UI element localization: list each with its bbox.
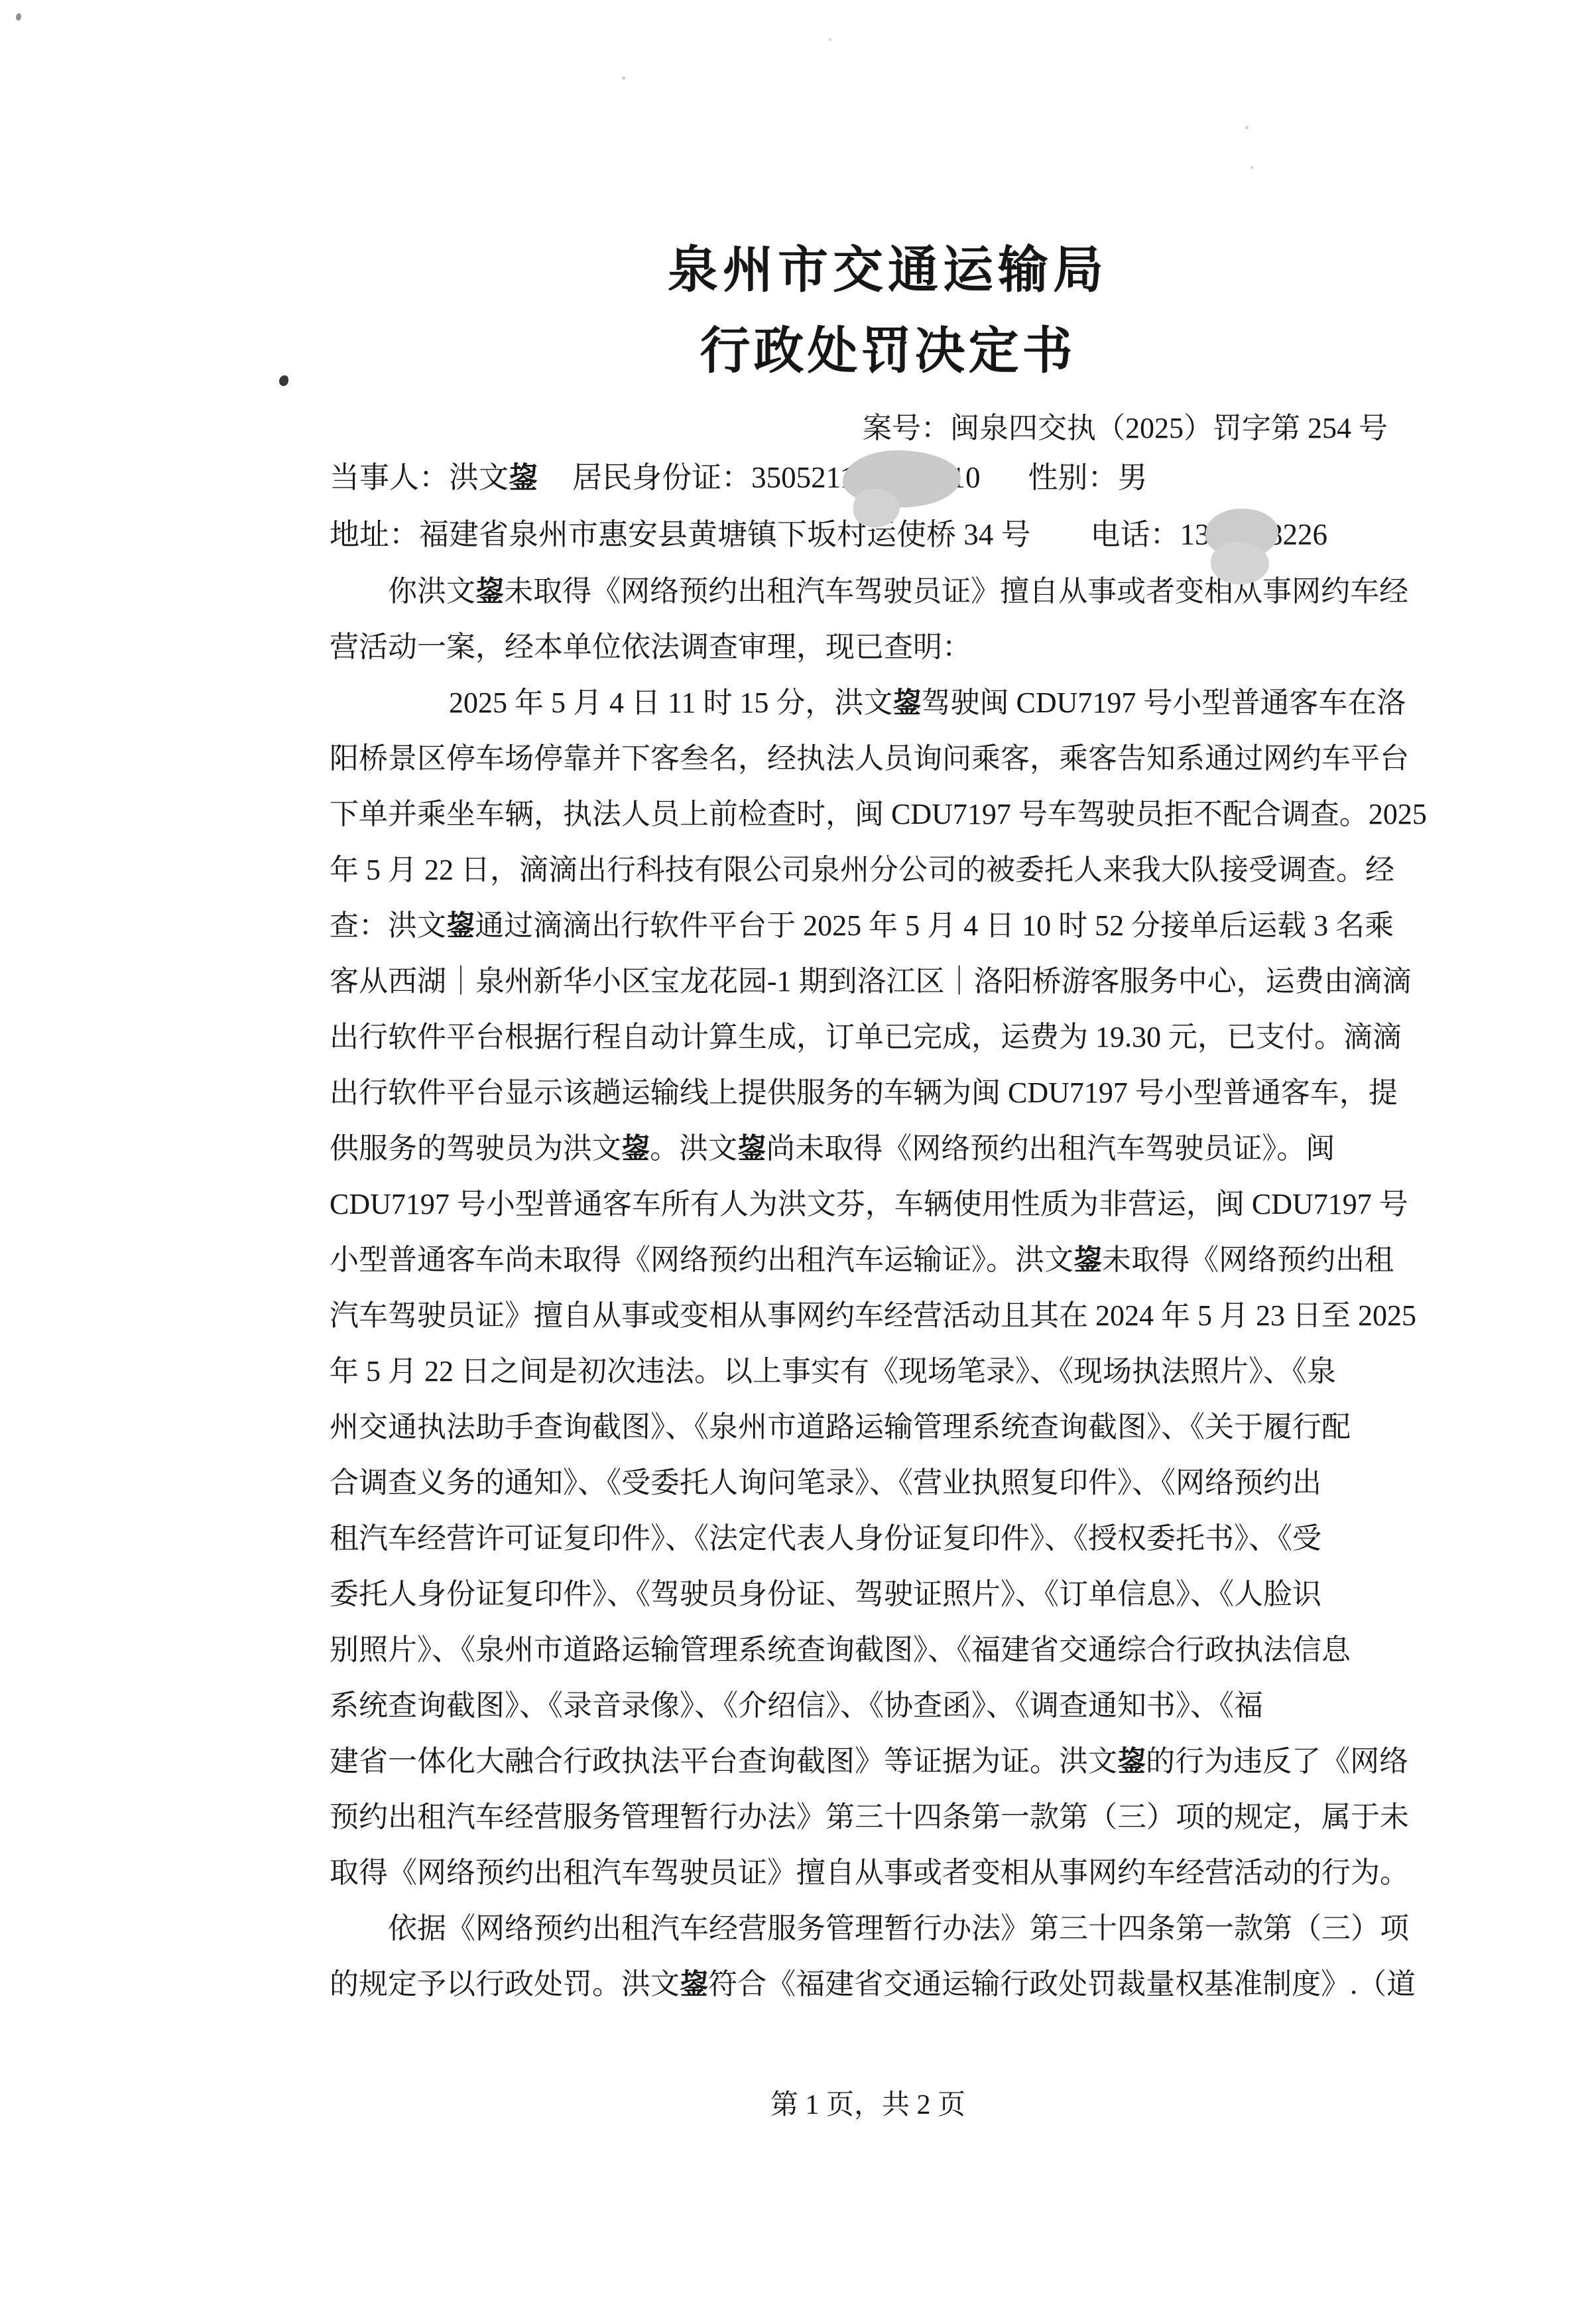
body-line: 汽车驾驶员证》擅自从事或变相从事网约车经营活动且其在 2024 年 5 月 23…	[330, 1288, 1427, 1344]
bold-name-char: 鋆	[737, 1132, 766, 1165]
body-line: 出行软件平台显示该趟运输线上提供服务的车辆为闽 CDU7197 号小型普通客车，…	[330, 1065, 1427, 1121]
body-line: 营活动一案，经本单位依法调查审理，现已查明：	[330, 619, 1427, 675]
bold-name-char: 鋆	[621, 1132, 650, 1165]
party-info-line: 当事人：洪文鋆居民身份证：3505211010性别：男	[330, 462, 1148, 499]
scan-artifact	[622, 76, 625, 80]
party-name: 洪文	[449, 461, 509, 494]
party-name-bold-char: 鋆	[509, 461, 538, 495]
body-line: 的规定予以行政处罚。洪文鋆符合《福建省交通运输行政处罚裁量权基准制度》.（道	[330, 1957, 1427, 2012]
phone-redaction-blob	[1220, 519, 1264, 556]
body-line: CDU7197 号小型普通客车所有人为洪文芬，车辆使用性质为非营运，闽 CDU7…	[330, 1177, 1427, 1232]
body-line: 年 5 月 22 日之间是初次违法。以上事实有《现场笔录》、《现场执法照片》、《…	[330, 1344, 1427, 1399]
bold-name-char: 鋆	[680, 1968, 708, 2001]
phone-label: 电话：	[1091, 518, 1180, 551]
body-line: 下单并乘坐车辆，执法人员上前检查时，闽 CDU7197 号车驾驶员拒不配合调查。…	[330, 787, 1427, 842]
body-line: 供服务的驾驶员为洪文鋆。洪文鋆尚未取得《网络预约出租汽车驾驶员证》。闽	[330, 1121, 1427, 1177]
address-value: 福建省泉州市惠安县黄塘镇下坂村运使桥 34 号	[419, 518, 1031, 551]
gender-value: 男	[1118, 461, 1148, 494]
bold-name-char: 鋆	[1117, 1745, 1146, 1778]
scan-artifact	[1245, 126, 1249, 129]
bold-name-char: 鋆	[892, 686, 921, 720]
body-line: 年 5 月 22 日，滴滴出行科技有限公司泉州分公司的被委托人来我大队接受调查。…	[330, 842, 1427, 898]
body-line: 委托人身份证复印件》、《驾驶员身份证、驾驶证照片》、《订单信息》、《人脸识	[330, 1567, 1427, 1622]
bold-name-char: 鋆	[475, 575, 504, 608]
scan-artifact	[1251, 166, 1253, 169]
body-line: 系统查询截图》、《录音录像》、《介绍信》、《协查函》、《调查通知书》、《福	[330, 1678, 1427, 1734]
scan-artifact	[829, 38, 831, 41]
id-card-label: 居民身份证：	[572, 461, 751, 494]
case-number: 案号：闽泉四交执（2025）罚字第 254 号	[863, 413, 1388, 444]
body-line: 预约出租汽车经营服务管理暂行办法》第三十四条第一款第（三）项的规定，属于未	[330, 1789, 1427, 1845]
body-line: 建省一体化大融合行政执法平台查询截图》等证据为证。洪文鋆的行为违反了《网络	[330, 1734, 1427, 1789]
body-line: 依据《网络预约出租汽车经营服务管理暂行办法》第三十四条第一款第（三）项	[330, 1901, 1427, 1957]
body-line: 小型普通客车尚未取得《网络预约出租汽车运输证》。洪文鋆未取得《网络预约出租	[330, 1232, 1427, 1288]
body-line: 租汽车经营许可证复印件》、《法定代表人身份证复印件》、《授权委托书》、《受	[330, 1511, 1427, 1567]
body-text: 你洪文鋆未取得《网络预约出租汽车驾驶员证》擅自从事或者变相从事网约车经营活动一案…	[330, 564, 1427, 2012]
page-footer: 第 1 页，共 2 页	[0, 2083, 1590, 2122]
body-line: 别照片》、《泉州市道路运输管理系统查询截图》、《福建省交通综合行政执法信息	[330, 1622, 1427, 1678]
id-number-visible-start: 3505211	[751, 461, 855, 494]
body-line: 合调查义务的通知》、《受委托人询问笔录》、《营业执照复印件》、《网络预约出	[330, 1455, 1427, 1511]
address-label: 地址：	[330, 518, 419, 551]
bold-name-char: 鋆	[1073, 1244, 1102, 1277]
body-line: 出行软件平台根据行程自动计算生成，订单已完成，运费为 19.30 元，已支付。滴…	[330, 1009, 1427, 1065]
body-line: 阳桥景区停车场停靠并下客叁名，经执法人员询问乘客，乘客告知系通过网约车平台	[330, 731, 1427, 787]
document-header: 泉州市交通运输局 行政处罚决定书	[0, 245, 1590, 377]
bold-name-char: 鋆	[446, 909, 475, 942]
scan-artifact	[279, 375, 288, 386]
body-line: 取得《网络预约出租汽车驾驶员证》擅自从事或者变相从事网约车经营活动的行为。	[330, 1845, 1427, 1901]
gender-label: 性别：	[1028, 461, 1118, 494]
body-line: 2025 年 5 月 4 日 11 时 15 分，洪文鋆驾驶闽 CDU7197 …	[330, 675, 1427, 731]
id-redaction-blob	[849, 462, 949, 499]
issuing-authority-title: 泉州市交通运输局	[186, 245, 1590, 296]
scan-artifact	[16, 13, 21, 21]
body-line: 客从西湖｜泉州新华小区宝龙花园-1 期到洛江区｜洛阳桥游客服务中心，运费由滴滴	[330, 954, 1427, 1009]
document-type-title: 行政处罚决定书	[186, 326, 1590, 377]
address-info-line: 地址：福建省泉州市惠安县黄塘镇下坂村运使桥 34 号电话：139578226	[330, 519, 1327, 556]
party-label: 当事人：	[330, 461, 449, 494]
body-line: 查：洪文鋆通过滴滴出行软件平台于 2025 年 5 月 4 日 10 时 52 …	[330, 898, 1427, 954]
body-line: 州交通执法助手查询截图》、《泉州市道路运输管理系统查询截图》、《关于履行配	[330, 1399, 1427, 1455]
scanned-penalty-decision-page: 泉州市交通运输局 行政处罚决定书 案号：闽泉四交执（2025）罚字第 254 号…	[0, 0, 1590, 2324]
